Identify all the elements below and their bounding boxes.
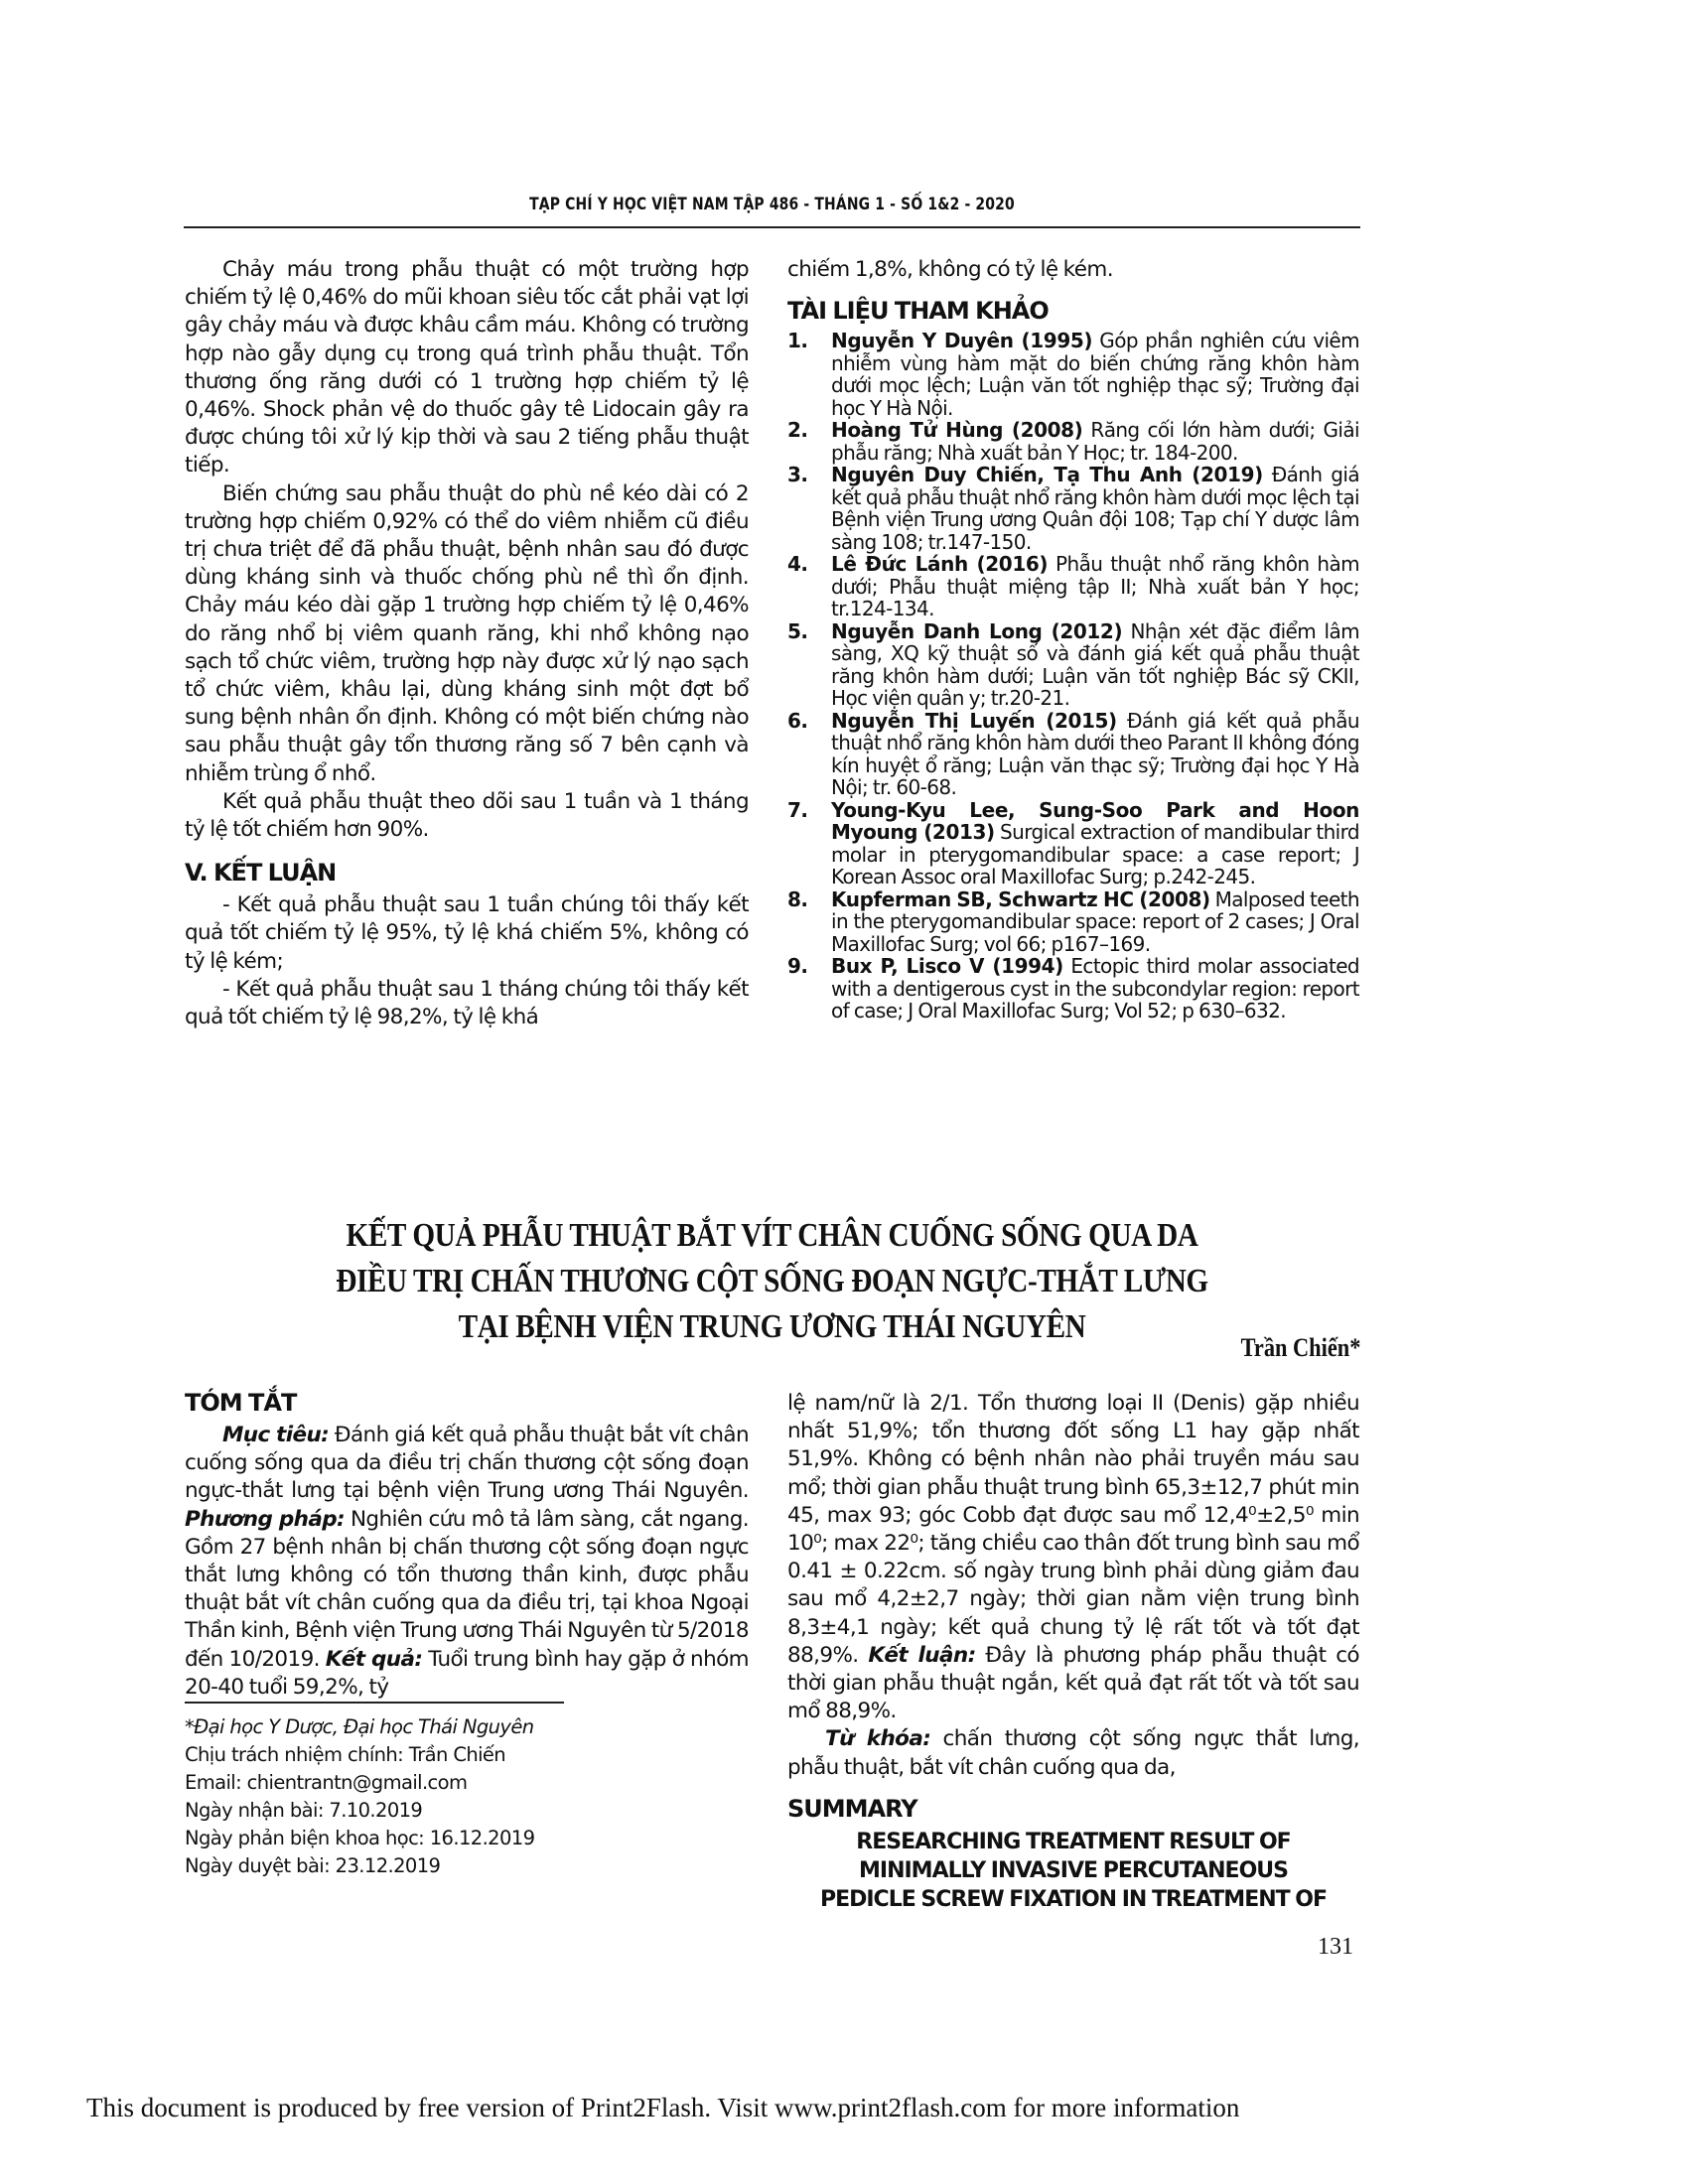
summary-title-line: PEDICLE SCREW FIXATION IN TREATMENT OF — [787, 1885, 1359, 1914]
author-affiliation: *Đại học Y Dược, Đại học Thái Nguyên — [185, 1713, 534, 1741]
reference-item: 5.Nguyễn Danh Long (2012) Nhận xét đặc đ… — [787, 620, 1359, 710]
reference-number: 4. — [787, 553, 807, 576]
article-title: KẾT QUẢ PHẪU THUẬT BẮT VÍT CHÂN CUỐNG SỐ… — [184, 1213, 1360, 1350]
prev-article-left-column: Chảy máu trong phẫu thuật có một trường … — [185, 256, 749, 1031]
reference-item: 2.Hoàng Tử Hùng (2008) Răng cối lớn hàm … — [787, 419, 1359, 464]
reference-authors: Nguyên Duy Chiến, Tạ Thu Anh (2019) — [831, 463, 1263, 486]
references-list: 1.Nguyễn Y Duyên (1995) Góp phần nghiên … — [787, 330, 1359, 1023]
print2flash-watermark: This document is produced by free versio… — [86, 2093, 1367, 2123]
article-title-line: ĐIỀU TRỊ CHẤN THƯƠNG CỘT SỐNG ĐOẠN NGỰC-… — [266, 1259, 1278, 1304]
summary-heading: SUMMARY — [787, 1794, 1359, 1824]
reference-item: 3.Nguyên Duy Chiến, Tạ Thu Anh (2019) Đá… — [787, 464, 1359, 553]
abstract-paragraph-continued: lệ nam/nữ là 2/1. Tổn thương loại II (De… — [787, 1390, 1359, 1725]
received-date: Ngày nhận bài: 7.10.2019 — [185, 1797, 534, 1825]
summary-title-line: RESEARCHING TREATMENT RESULT OF — [787, 1828, 1359, 1856]
review-date: Ngày phản biện khoa học: 16.12.2019 — [185, 1825, 534, 1852]
reference-authors: Kupferman SB, Schwartz HC (2008) — [831, 887, 1210, 911]
page-number: 131 — [1318, 1934, 1353, 1961]
method-label: Phương pháp: — [185, 1507, 345, 1532]
responsible-author: Chịu trách nhiệm chính: Trần Chiến — [185, 1741, 534, 1769]
reference-item: 9.Bux P, Lisco V (1994) Ectopic third mo… — [787, 955, 1359, 1023]
keywords-paragraph: Từ khóa: chấn thương cột sống ngực thắt … — [787, 1725, 1359, 1781]
footnote-rule — [185, 1702, 564, 1704]
reference-number: 1. — [787, 330, 807, 352]
article-title-line: TẠI BỆNH VIỆN TRUNG ƯƠNG THÁI NGUYÊN — [266, 1304, 1278, 1350]
reference-authors: Nguyễn Danh Long (2012) — [831, 619, 1122, 643]
reference-number: 8. — [787, 888, 807, 911]
conclusion-label: Kết luận: — [868, 1643, 975, 1668]
abstract-left-column: TÓM TẮT Mục tiêu: Đánh giá kết quả phẫu … — [185, 1388, 749, 1702]
reference-item: 7.Young-Kyu Lee, Sung-Soo Park and Hoon … — [787, 799, 1359, 888]
footnotes: *Đại học Y Dược, Đại học Thái Nguyên Chị… — [185, 1713, 534, 1880]
conclusion-continued: chiếm 1,8%, không có tỷ lệ kém. — [787, 256, 1359, 284]
reference-authors: Lê Đức Lánh (2016) — [831, 552, 1048, 576]
prev-article-right-column: chiếm 1,8%, không có tỷ lệ kém. TÀI LIỆU… — [787, 256, 1359, 1023]
reference-number: 5. — [787, 620, 807, 643]
article-title-line: KẾT QUẢ PHẪU THUẬT BẮT VÍT CHÂN CUỐNG SỐ… — [266, 1213, 1278, 1259]
reference-authors: Nguyễn Y Duyên (1995) — [831, 329, 1092, 352]
abstract-right-column: lệ nam/nữ là 2/1. Tổn thương loại II (De… — [787, 1390, 1359, 1914]
reference-item: 6.Nguyễn Thị Luyến (2015) Đánh giá kết q… — [787, 710, 1359, 799]
abstract-heading: TÓM TẮT — [185, 1388, 749, 1418]
result-label: Kết quả: — [326, 1647, 423, 1672]
reference-item: 1.Nguyễn Y Duyên (1995) Góp phần nghiên … — [787, 330, 1359, 419]
reference-authors: Bux P, Lisco V (1994) — [831, 954, 1063, 978]
reference-number: 3. — [787, 464, 807, 486]
objective-label: Mục tiêu: — [222, 1423, 329, 1447]
journal-page: TẠP CHÍ Y HỌC VIỆT NAM TẬP 486 - THÁNG 1… — [0, 0, 1688, 2184]
summary-title-line: MINIMALLY INVASIVE PERCUTANEOUS — [787, 1856, 1359, 1885]
body-paragraph: Chảy máu trong phẫu thuật có một trường … — [185, 256, 749, 480]
reference-authors: Hoàng Tử Hùng (2008) — [831, 418, 1082, 442]
body-paragraph: Kết quả phẫu thuật theo dõi sau 1 tuần v… — [185, 788, 749, 844]
article-author: Trần Chiến* — [1240, 1333, 1360, 1363]
keywords-label: Từ khóa: — [825, 1726, 930, 1751]
result-text-continued: lệ nam/nữ là 2/1. Tổn thương loại II (De… — [787, 1391, 1359, 1668]
summary-title: RESEARCHING TREATMENT RESULT OF MINIMALL… — [787, 1828, 1359, 1914]
accepted-date: Ngày duyệt bài: 23.12.2019 — [185, 1852, 534, 1880]
conclusion-item: - Kết quả phẫu thuật sau 1 tháng chúng t… — [185, 976, 749, 1031]
reference-number: 9. — [787, 955, 807, 978]
reference-number: 2. — [787, 419, 807, 442]
reference-item: 8.Kupferman SB, Schwartz HC (2008) Malpo… — [787, 888, 1359, 956]
conclusion-item: - Kết quả phẫu thuật sau 1 tuần chúng tô… — [185, 891, 749, 976]
running-head: TẠP CHÍ Y HỌC VIỆT NAM TẬP 486 - THÁNG 1… — [290, 195, 1255, 214]
body-paragraph: Biến chứng sau phẫu thuật do phù nề kéo … — [185, 480, 749, 788]
reference-number: 6. — [787, 710, 807, 733]
reference-authors: Nguyễn Thị Luyến (2015) — [831, 709, 1117, 733]
header-rule — [184, 226, 1360, 228]
reference-number: 7. — [787, 799, 807, 822]
abstract-paragraph: Mục tiêu: Đánh giá kết quả phẫu thuật bắ… — [185, 1422, 749, 1702]
references-heading: TÀI LIỆU THAM KHẢO — [787, 296, 1359, 326]
conclusion-heading: V. KẾT LUẬN — [185, 858, 749, 887]
author-email: Email: chientrantn@gmail.com — [185, 1769, 534, 1797]
reference-item: 4.Lê Đức Lánh (2016) Phẫu thuật nhổ răng… — [787, 553, 1359, 620]
